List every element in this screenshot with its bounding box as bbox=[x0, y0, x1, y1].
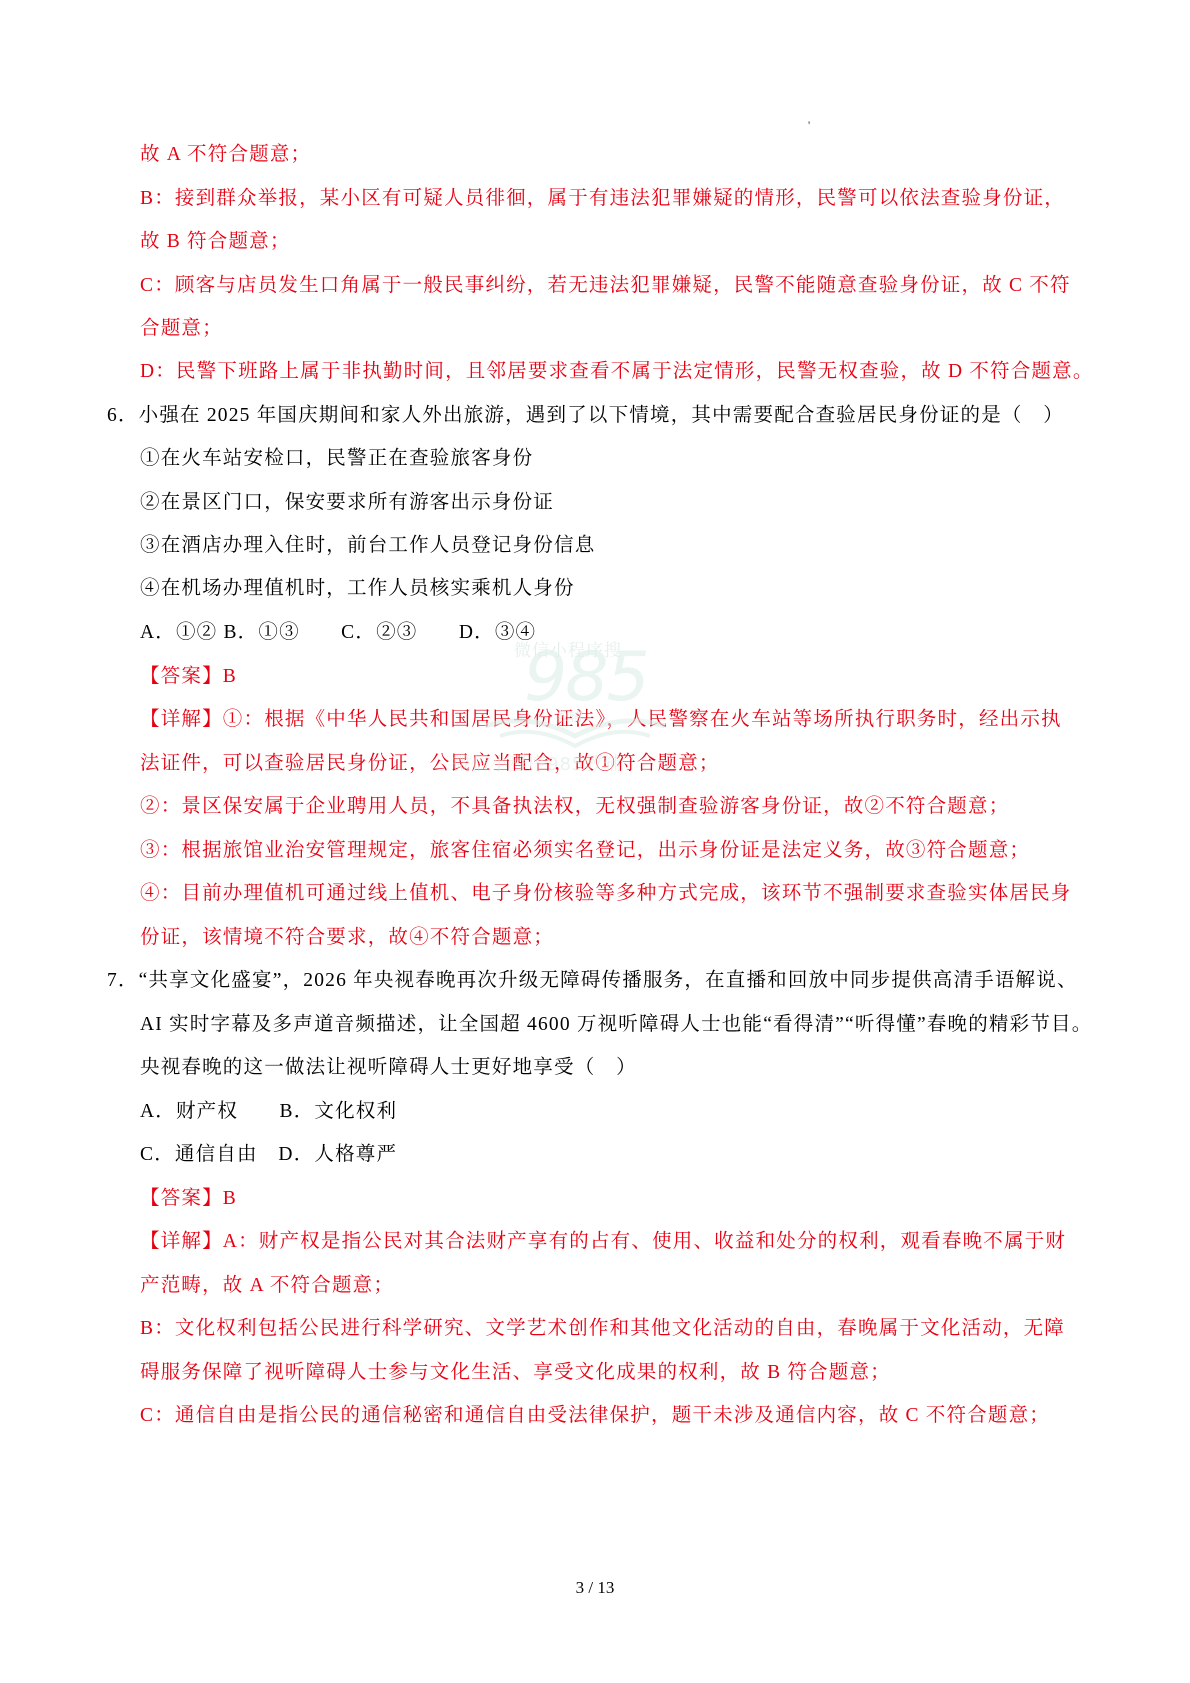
explanation-line: C：通信自由是指公民的通信秘密和通信自由受法律保护，题干未涉及通信内容，故 C … bbox=[140, 1403, 1050, 1429]
answer-options: C．通信自由 D．人格尊严 bbox=[140, 1142, 397, 1168]
explanation-line: 故 A 不符合题意； bbox=[140, 142, 311, 168]
explanation-line: C：顾客与店员发生口角属于一般民事纠纷，若无违法犯罪嫌疑，民警不能随意查验身份证… bbox=[140, 273, 1071, 299]
explanation-line: 合题意； bbox=[140, 316, 223, 342]
explanation-line: 份证，该情境不符合要求，故④不符合题意； bbox=[140, 925, 554, 951]
explanation-line: 碍服务保障了视听障碍人士参与文化生活、享受文化成果的权利，故 B 符合题意； bbox=[140, 1360, 891, 1386]
answer-options: A．①② B．①③ C．②③ D．③④ bbox=[140, 620, 536, 646]
watermark-number: 985 bbox=[524, 638, 648, 717]
explanation-line: ②：景区保安属于企业聘用人员，不具备执法权，无权强制查验游客身份证，故②不符合题… bbox=[140, 794, 1009, 820]
question-text: 小强在 2025 年国庆期间和家人外出旅游，遇到了以下情境，其中需要配合查验居民… bbox=[139, 405, 1064, 426]
explanation-line: 法证件，可以查验居民身份证，公民应当配合，故①符合题意； bbox=[140, 751, 720, 777]
question-stem: 6．小强在 2025 年国庆期间和家人外出旅游，遇到了以下情境，其中需要配合查验… bbox=[107, 403, 1064, 429]
statement-item: ③在酒店办理入住时，前台工作人员登记身份信息 bbox=[140, 533, 595, 559]
explanation-line: 【详解】A：财产权是指公民对其合法财产享有的占有、使用、收益和处分的权利，观看春… bbox=[140, 1229, 1066, 1255]
explanation-line: D：民警下班路上属于非执勤时间，且邻居要求查看不属于法定情形，民警无权查验，故 … bbox=[140, 359, 1094, 385]
question-number: 6． bbox=[107, 405, 139, 426]
answer-label: 【答案】B bbox=[140, 664, 237, 690]
explanation-line: B：文化权利包括公民进行科学研究、文学艺术创作和其他文化活动的自由，春晚属于文化… bbox=[140, 1316, 1065, 1342]
document-page: ' 故 A 不符合题意； B：接到群众举报，某小区有可疑人员徘徊，属于有违法犯罪… bbox=[0, 0, 1190, 1683]
explanation-line: 【详解】①：根据《中华人民共和国居民身份证法》，人民警察在火车站等场所执行职务时… bbox=[140, 707, 1062, 733]
explanation-line: B：接到群众举报，某小区有可疑人员徘徊，属于有违法犯罪嫌疑的情形，民警可以依法查… bbox=[140, 186, 1065, 212]
question-stem: 7．“共享文化盛宴”，2026 年央视春晚再次升级无障碍传播服务，在直播和回放中… bbox=[107, 968, 1078, 994]
explanation-line: ③：根据旅馆业治安管理规定，旅客住宿必须实名登记，出示身份证是法定义务，故③符合… bbox=[140, 838, 1030, 864]
explanation-line: ④：目前办理值机可通过线上值机、电子身份核验等多种方式完成，该环节不强制要求查验… bbox=[140, 881, 1072, 907]
question-text: AI 实时字幕及多声道音频描述，让全国超 4600 万视听障碍人士也能“看得清”… bbox=[140, 1012, 1092, 1038]
explanation-line: 产范畴，故 A 不符合题意； bbox=[140, 1273, 394, 1299]
top-mark: ' bbox=[808, 118, 810, 133]
answer-label: 【答案】B bbox=[140, 1186, 237, 1212]
question-number: 7． bbox=[107, 970, 139, 991]
statement-item: ①在火车站安检口，民警正在查验旅客身份 bbox=[140, 446, 533, 472]
statement-item: ②在景区门口，保安要求所有游客出示身份证 bbox=[140, 490, 554, 516]
question-text: “共享文化盛宴”，2026 年央视春晚再次升级无障碍传播服务，在直播和回放中同步… bbox=[139, 970, 1078, 991]
statement-item: ④在机场办理值机时，工作人员核实乘机人身份 bbox=[140, 576, 575, 602]
question-text: 央视春晚的这一做法让视听障碍人士更好地享受（ ） bbox=[140, 1055, 637, 1081]
page-number: 3 / 13 bbox=[0, 1578, 1190, 1598]
answer-options: A．财产权 B．文化权利 bbox=[140, 1099, 397, 1125]
explanation-line: 故 B 符合题意； bbox=[140, 229, 291, 255]
